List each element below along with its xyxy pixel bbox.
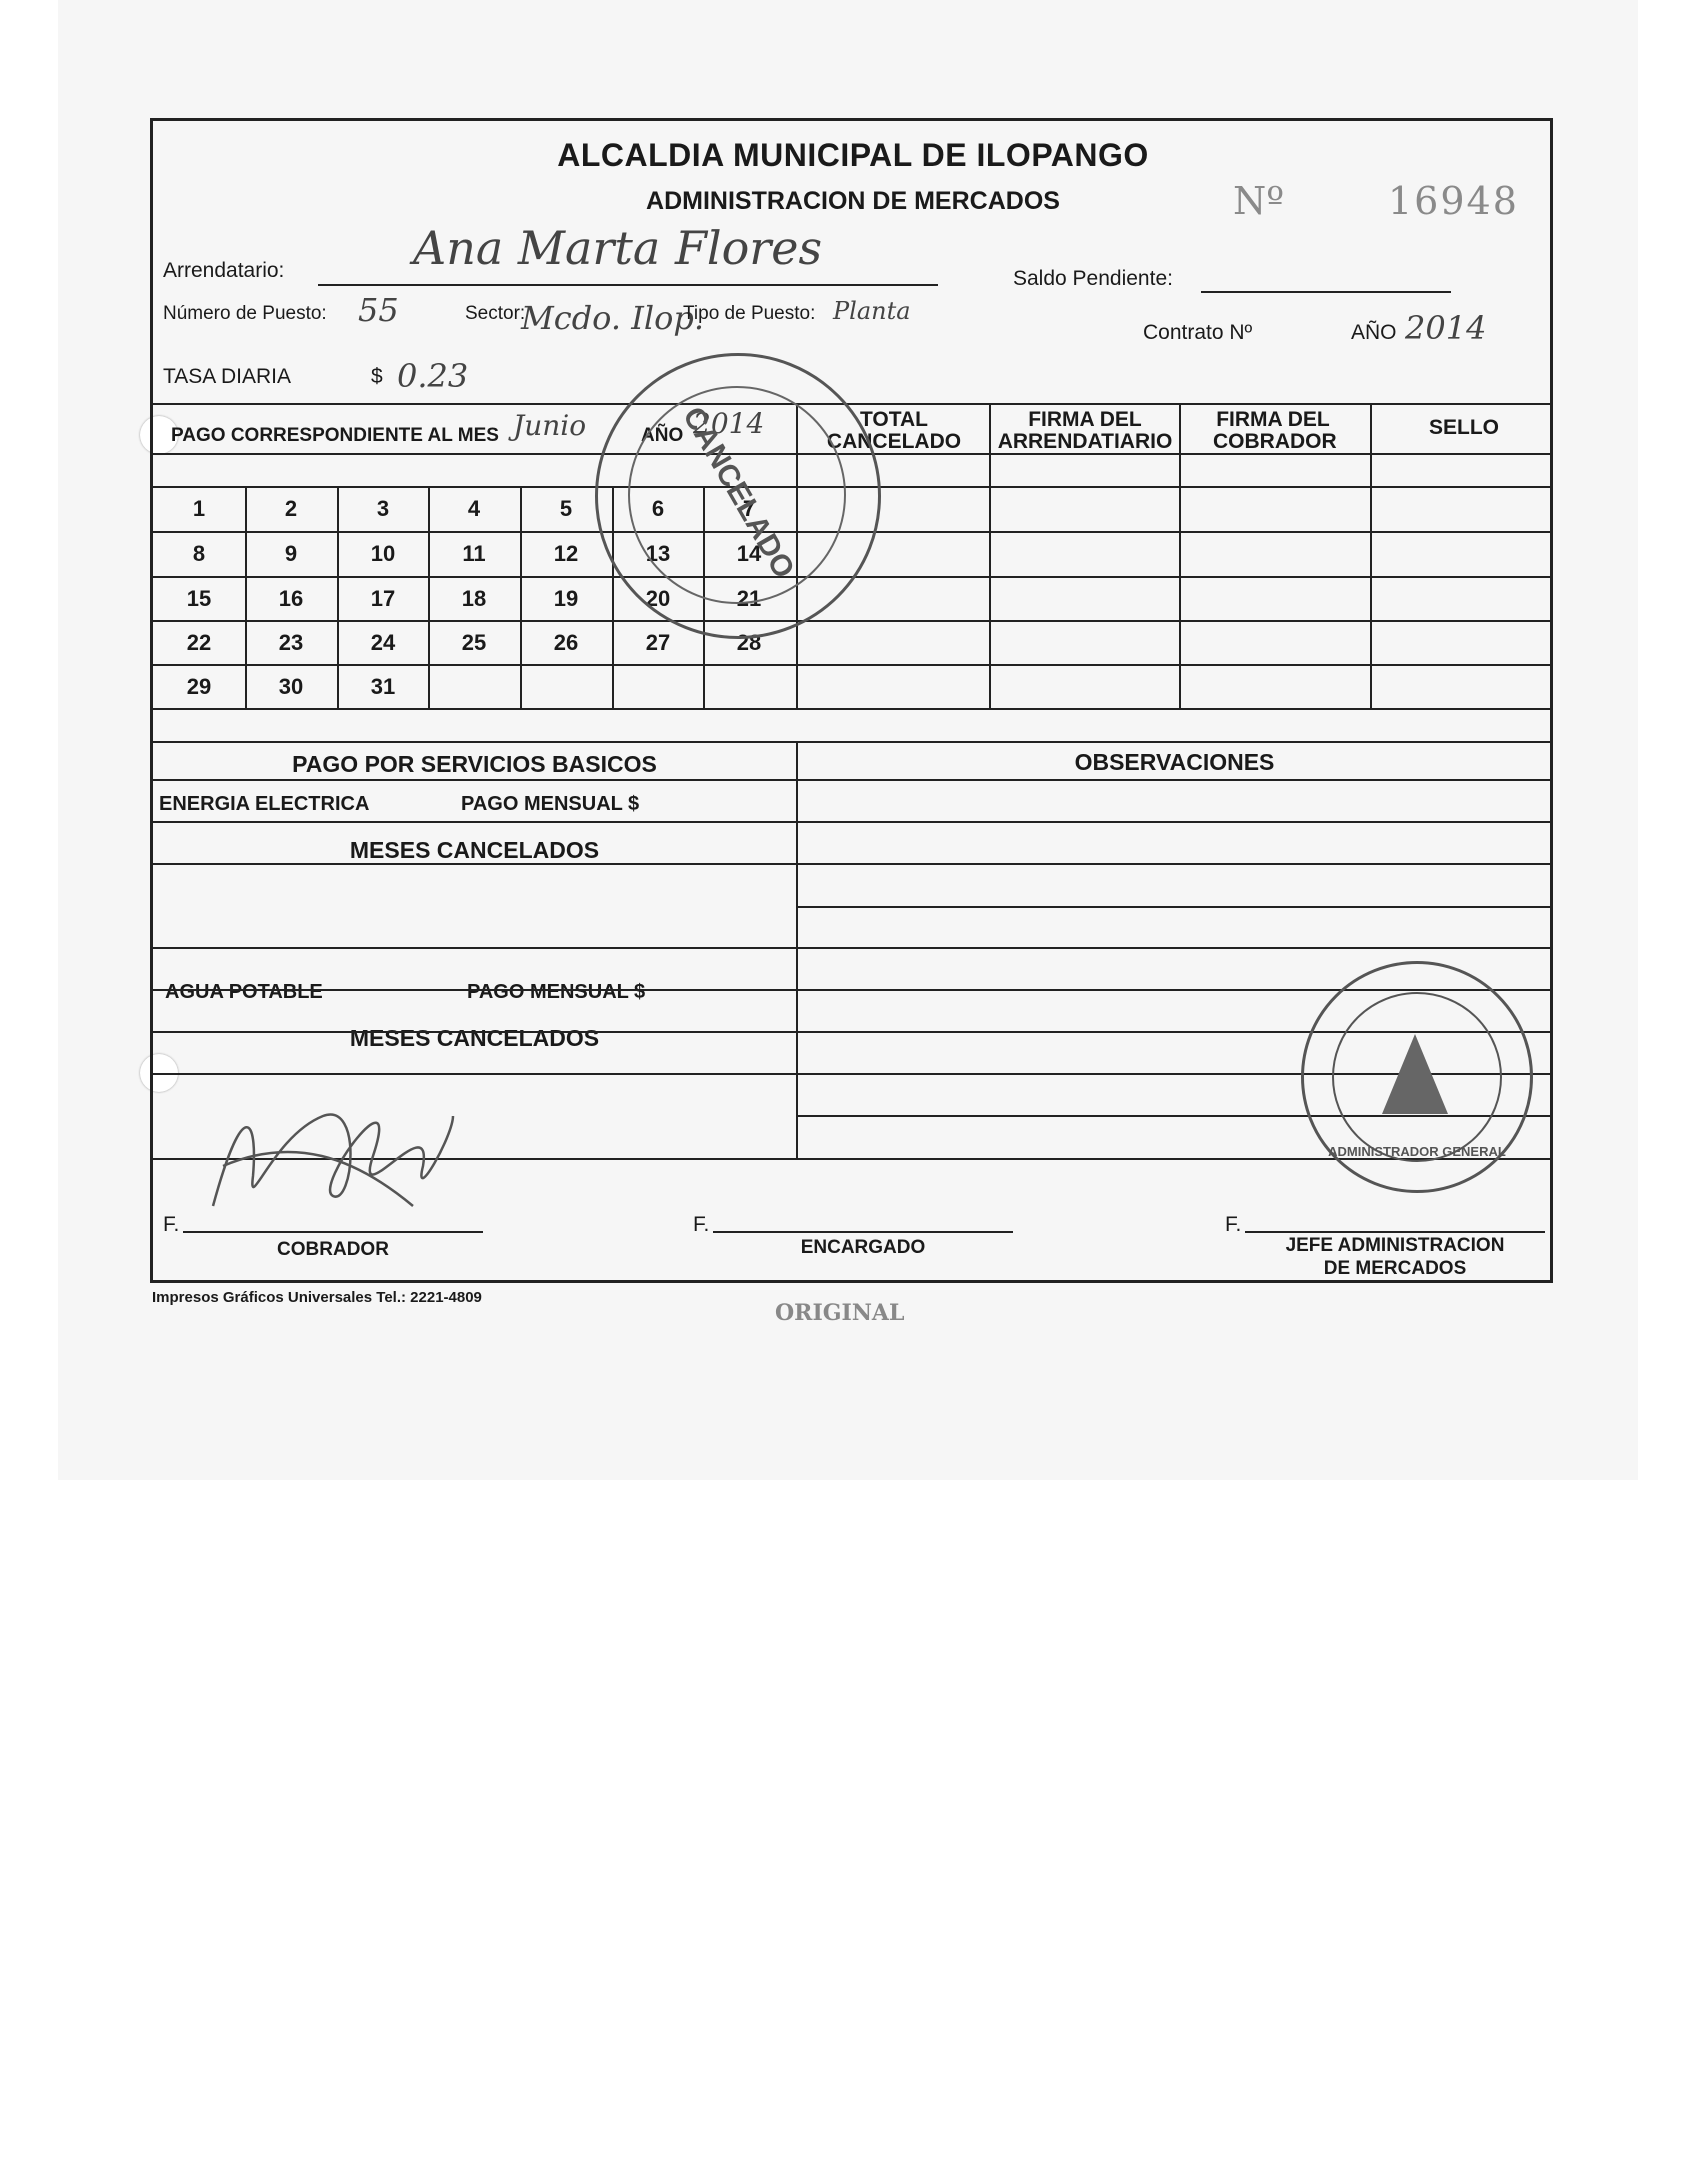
day-cell[interactable]: 16 [245, 586, 337, 612]
jefe-label-2: DE MERCADOS [1245, 1258, 1545, 1280]
day-cell[interactable]: 30 [245, 674, 337, 700]
saldo-field[interactable] [1201, 291, 1451, 293]
anio-label: AÑO [1351, 321, 1397, 345]
col-firma-arrendatario: FIRMA DEL ARRENDATIARIO [993, 409, 1177, 453]
arrendatario-label: Arrendatario: [163, 259, 284, 283]
day-cell[interactable]: 24 [337, 630, 429, 656]
meses-cancelados-energia: MESES CANCELADOS [153, 837, 796, 864]
day-cell[interactable]: 31 [337, 674, 429, 700]
puesto-field[interactable]: 55 [358, 291, 399, 329]
col-firma-cobrador: FIRMA DEL COBRADOR [1213, 409, 1333, 453]
form-title: ALCALDIA MUNICIPAL DE ILOPANGO [153, 137, 1553, 174]
day-cell[interactable]: 29 [153, 674, 245, 700]
jefe-signature-line[interactable] [1245, 1231, 1545, 1233]
tasa-label: TASA DIARIA [163, 365, 291, 389]
meses-cancelados-agua: MESES CANCELADOS [153, 1025, 796, 1052]
encargado-prefix: F. [693, 1213, 709, 1237]
sector-field[interactable]: Mcdo. Ilop. [521, 299, 704, 337]
day-cell[interactable]: 9 [245, 541, 337, 567]
encargado-label: ENCARGADO [713, 1237, 1013, 1259]
col-sello: SELLO [1375, 417, 1553, 439]
day-cell[interactable]: 23 [245, 630, 337, 656]
tasa-field[interactable]: 0.23 [397, 357, 468, 395]
admin-stamp: ADMINISTRADOR GENERAL [1301, 961, 1533, 1193]
serial-number: 16948 [1388, 179, 1519, 223]
day-cell[interactable]: 15 [153, 586, 245, 612]
day-cell[interactable]: 25 [428, 630, 520, 656]
day-cell[interactable]: 12 [520, 541, 612, 567]
jefe-prefix: F. [1225, 1213, 1241, 1237]
day-cell[interactable]: 27 [612, 630, 704, 656]
receipt-form: ALCALDIA MUNICIPAL DE ILOPANGO ADMINISTR… [150, 118, 1553, 1283]
day-cell[interactable]: 4 [428, 496, 520, 522]
arrendatario-field[interactable]: Ana Marta Flores [413, 221, 822, 275]
tasa-currency: $ [371, 365, 383, 389]
day-cell[interactable]: 3 [337, 496, 429, 522]
mes-label: PAGO CORRESPONDIENTE AL MES [171, 425, 499, 447]
saldo-label: Saldo Pendiente: [1013, 267, 1173, 291]
contrato-label: Contrato Nº [1143, 321, 1252, 345]
day-cell[interactable]: 22 [153, 630, 245, 656]
printer-credit: Impresos Gráficos Universales Tel.: 2221… [152, 1289, 482, 1306]
day-cell[interactable]: 17 [337, 586, 429, 612]
copy-label: ORIGINAL [775, 1300, 904, 1326]
jefe-label-1: JEFE ADMINISTRACION [1245, 1235, 1545, 1257]
anio-field[interactable]: 2014 [1405, 309, 1486, 347]
agua-pago-label: PAGO MENSUAL $ [467, 981, 645, 1004]
energia-label: ENERGIA ELECTRICA [159, 793, 369, 816]
day-cell[interactable]: 26 [520, 630, 612, 656]
cobrador-signature-line[interactable] [183, 1231, 483, 1233]
tipo-puesto-field[interactable]: Planta [833, 297, 911, 325]
cobrador-prefix: F. [163, 1213, 179, 1237]
day-cell[interactable]: 2 [245, 496, 337, 522]
day-cell[interactable]: 10 [337, 541, 429, 567]
sector-label: Sector: [465, 303, 525, 325]
cobrador-signature [203, 1056, 463, 1226]
day-cell[interactable]: 11 [428, 541, 520, 567]
number-label: Nº [1233, 179, 1284, 223]
day-cell[interactable]: 18 [428, 586, 520, 612]
puesto-label: Número de Puesto: [163, 303, 327, 325]
services-title: PAGO POR SERVICIOS BASICOS [153, 751, 796, 778]
admin-stamp-text: ADMINISTRADOR GENERAL [1304, 1144, 1530, 1159]
observaciones-title: OBSERVACIONES [796, 749, 1553, 776]
tipo-puesto-label: Tipo de Puesto: [683, 303, 815, 325]
cobrador-label: COBRADOR [183, 1239, 483, 1261]
cancelado-stamp: CANCELADO [595, 353, 881, 639]
day-cell[interactable]: 1 [153, 496, 245, 522]
agua-label: AGUA POTABLE [165, 981, 323, 1004]
encargado-signature-line[interactable] [713, 1231, 1013, 1233]
mes-field[interactable]: Junio [513, 409, 586, 442]
energia-pago-label: PAGO MENSUAL $ [461, 793, 639, 816]
day-cell[interactable]: 19 [520, 586, 612, 612]
form-subtitle: ADMINISTRACION DE MERCADOS [153, 187, 1553, 216]
day-cell[interactable]: 8 [153, 541, 245, 567]
